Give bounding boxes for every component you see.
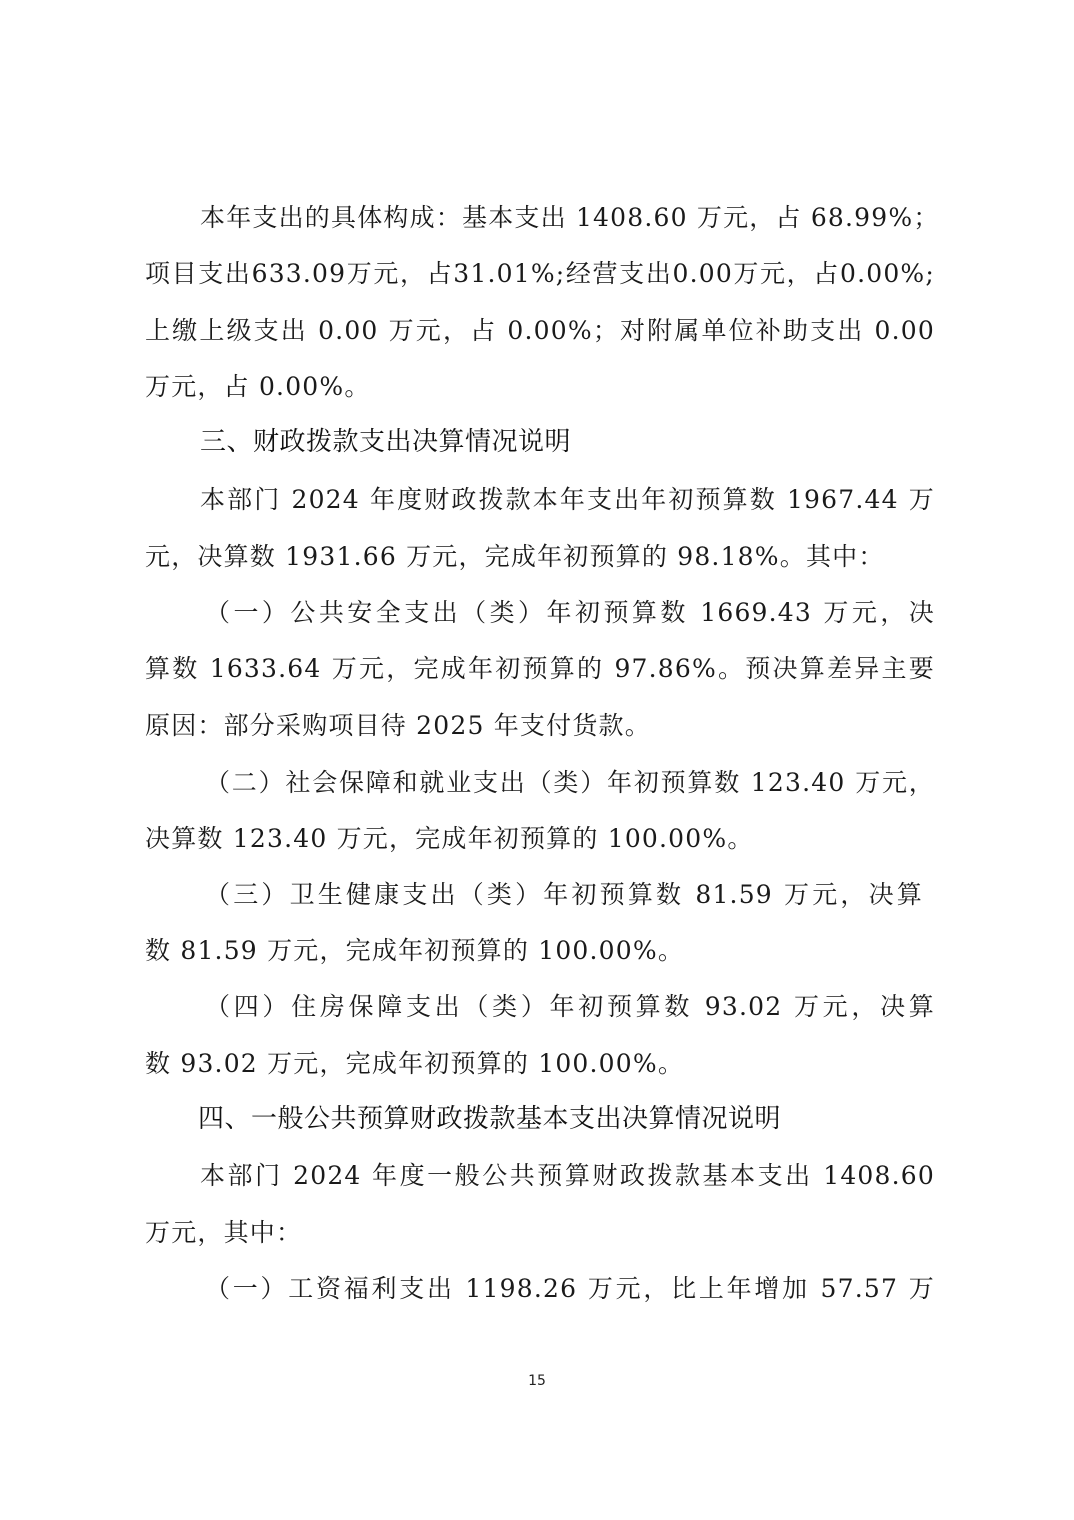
section-4-intro-line-1: 本部门 2024 年度一般公共预算财政拨款基本支出 1408.60 — [200, 1160, 935, 1192]
paragraph-expense-composition-line-3: 上缴上级支出 0.00 万元，占 0.00%；对附属单位补助支出 0.00 — [145, 315, 935, 347]
item-wages-line-1: （一）工资福利支出 1198.26 万元，比上年增加 57.57 万 — [205, 1273, 935, 1305]
item-public-security-line-3: 原因：部分采购项目待 2025 年支付货款。 — [145, 710, 935, 742]
paragraph-expense-composition-line-2: 项目支出633.09万元，占31.01%;经营支出0.00万元，占0.00%; — [145, 258, 935, 290]
paragraph-expense-composition-line-1: 本年支出的具体构成：基本支出 1408.60 万元，占 68.99%； — [200, 202, 935, 234]
paragraph-expense-composition-line-4: 万元，占 0.00%。 — [145, 371, 935, 403]
item-public-security-line-2: 算数 1633.64 万元，完成年初预算的 97.86%。预决算差异主要 — [145, 653, 935, 685]
document-page: 本年支出的具体构成：基本支出 1408.60 万元，占 68.99%； 项目支出… — [0, 0, 1074, 1520]
section-3-heading: 三、财政拨款支出决算情况说明 — [200, 426, 935, 458]
item-health-line-2: 数 81.59 万元，完成年初预算的 100.00%。 — [145, 935, 935, 967]
item-health-line-1: （三）卫生健康支出（类）年初预算数 81.59 万元，决算 — [205, 879, 923, 911]
item-public-security-line-1: （一）公共安全支出（类）年初预算数 1669.43 万元，决 — [205, 597, 935, 629]
item-housing-line-2: 数 93.02 万元，完成年初预算的 100.00%。 — [145, 1048, 935, 1080]
item-housing-line-1: （四）住房保障支出（类）年初预算数 93.02 万元，决算 — [205, 991, 935, 1023]
page-number: 15 — [0, 1373, 1074, 1389]
section-4-intro-line-2: 万元，其中： — [145, 1217, 935, 1249]
section-3-intro-line-2: 元，决算数 1931.66 万元，完成年初预算的 98.18%。其中： — [145, 541, 935, 573]
section-3-intro-line-1: 本部门 2024 年度财政拨款本年支出年初预算数 1967.44 万 — [200, 484, 935, 516]
item-social-security-line-1: （二）社会保障和就业支出（类）年初预算数 123.40 万元， — [205, 767, 935, 799]
section-4-heading: 四、一般公共预算财政拨款基本支出决算情况说明 — [198, 1103, 933, 1135]
item-social-security-line-2: 决算数 123.40 万元，完成年初预算的 100.00%。 — [145, 823, 935, 855]
